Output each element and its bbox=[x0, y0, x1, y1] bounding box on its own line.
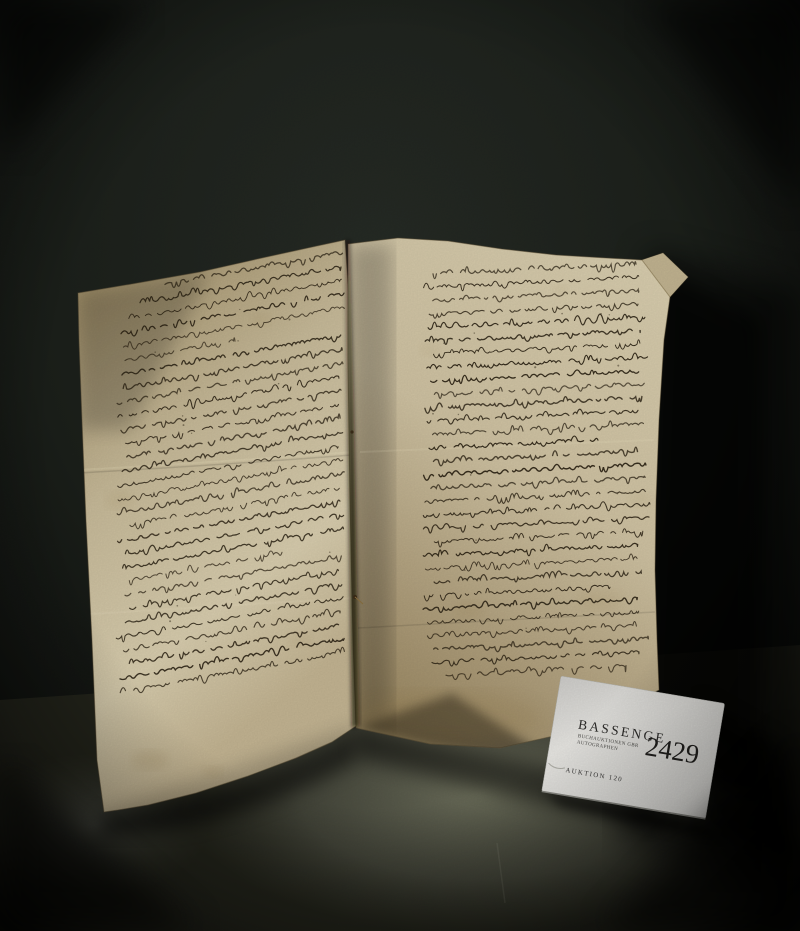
film-grain bbox=[0, 0, 800, 931]
photo-stage: Auction catalogue photograph of an opene… bbox=[0, 0, 800, 931]
auction-photo: Auction catalogue photograph of an opene… bbox=[0, 0, 800, 931]
